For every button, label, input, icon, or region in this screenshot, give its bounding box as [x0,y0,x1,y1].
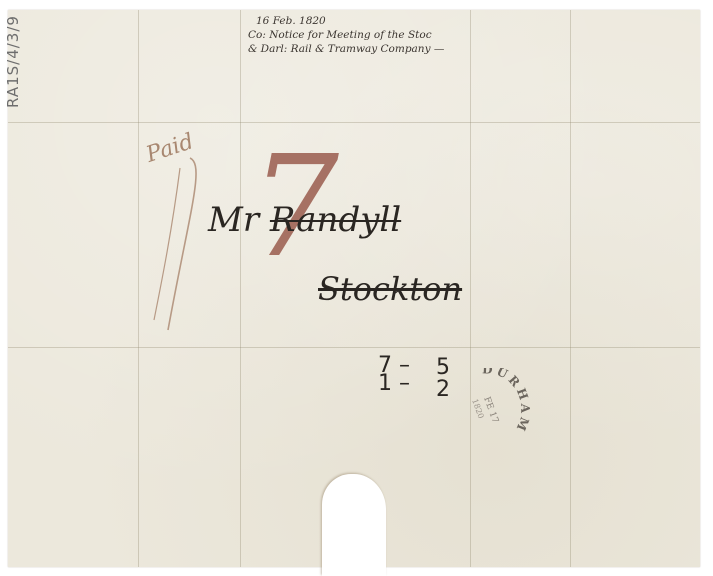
archive-reference: RA1S/4/3/9 [4,0,22,108]
docket-date: 16 Feb. 1820 [252,14,444,28]
fold-line [138,10,139,567]
docket-line: & Darl: Rail & Tramway Company — [248,42,444,56]
rate-note-left: 7 – 1 – [378,357,410,393]
fold-line [570,10,571,567]
town-name: Stockton [318,270,462,308]
durham-postmark: DURHAM FE 17 1820 [462,368,530,448]
rate-note-right: 5 2 [436,357,450,401]
fold-line [8,122,700,123]
fold-line [470,10,471,567]
address-town: Stockton [318,270,462,308]
docket-note: 16 Feb. 1820 Co: Notice for Meeting of t… [252,14,444,56]
rate-left-bottom: 1 – [378,375,410,393]
fold-line [240,10,241,567]
rate-right-bottom: 2 [436,379,450,401]
paper-tear-hole [322,474,386,576]
addressee-name: Randyll [270,200,401,240]
fold-line [8,347,700,348]
paid-flourish [150,150,210,350]
docket-line: Co: Notice for Meeting of the Stoc [248,28,444,42]
rate-right-top: 5 [436,357,450,379]
addressee: Mr Randyll [208,200,401,240]
addressee-prefix: Mr [208,200,259,240]
